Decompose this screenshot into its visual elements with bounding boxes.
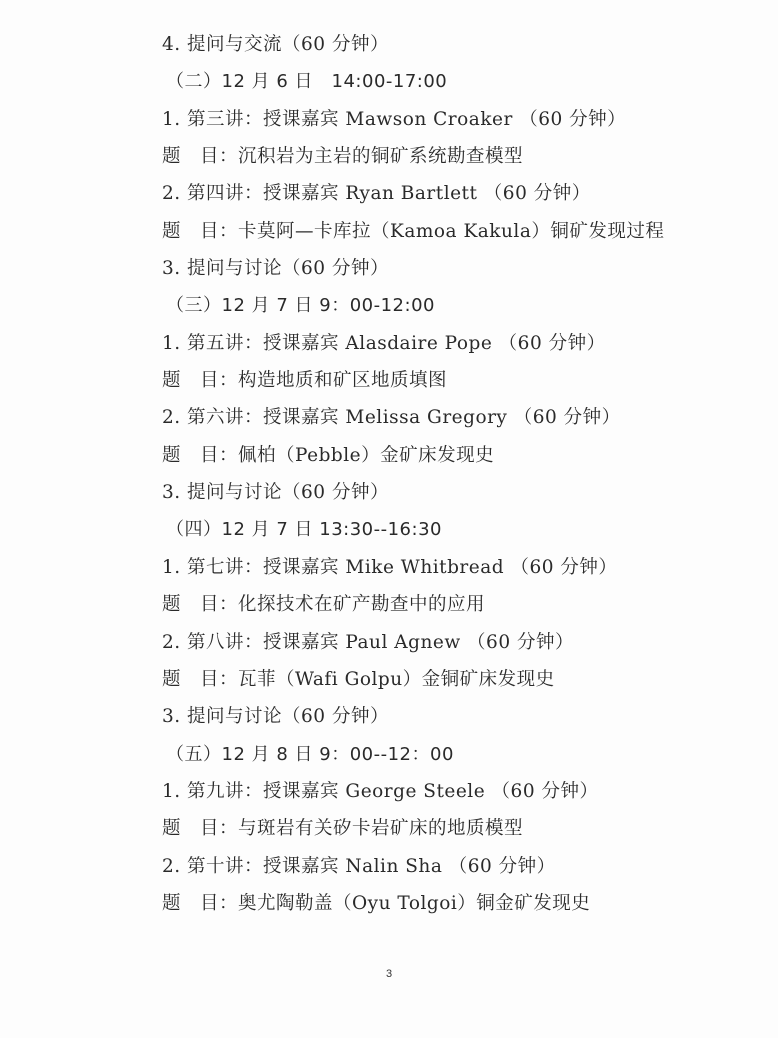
session-header: （二）12 月 6 日 14:00-17:00 bbox=[162, 63, 664, 100]
schedule-item-line: 4. 提问与交流（60 分钟） bbox=[162, 26, 664, 63]
lecture-topic: 题 目：卡莫阿—卡库拉（Kamoa Kakula）铜矿发现过程 bbox=[162, 213, 664, 250]
lecture-line: 1. 第五讲：授课嘉宾 Alasdaire Pope （60 分钟） bbox=[162, 325, 664, 362]
lecture-topic: 题 目：化探技术在矿产勘查中的应用 bbox=[162, 586, 664, 623]
lecture-line: 2. 第十讲：授课嘉宾 Nalin Sha （60 分钟） bbox=[162, 848, 664, 885]
lecture-topic: 题 目：瓦菲（Wafi Golpu）金铜矿床发现史 bbox=[162, 661, 664, 698]
lecture-topic: 题 目：奥尤陶勒盖（Oyu Tolgoi）铜金矿发现史 bbox=[162, 885, 664, 922]
discussion-line: 3. 提问与讨论（60 分钟） bbox=[162, 250, 664, 287]
session-header: （四）12 月 7 日 13:30--16:30 bbox=[162, 511, 664, 548]
discussion-line: 3. 提问与讨论（60 分钟） bbox=[162, 474, 664, 511]
discussion-line: 3. 提问与讨论（60 分钟） bbox=[162, 698, 664, 735]
lecture-line: 1. 第七讲：授课嘉宾 Mike Whitbread （60 分钟） bbox=[162, 549, 664, 586]
lecture-topic: 题 目：构造地质和矿区地质填图 bbox=[162, 362, 664, 399]
lecture-topic: 题 目：佩柏（Pebble）金矿床发现史 bbox=[162, 437, 664, 474]
page-number: 3 bbox=[0, 968, 778, 980]
session-header: （三）12 月 7 日 9：00-12:00 bbox=[162, 287, 664, 324]
schedule-lines: 4. 提问与交流（60 分钟） （二）12 月 6 日 14:00-17:00 … bbox=[162, 26, 664, 922]
lecture-topic: 题 目：沉积岩为主岩的铜矿系统勘查模型 bbox=[162, 138, 664, 175]
lecture-topic: 题 目：与斑岩有关矽卡岩矿床的地质模型 bbox=[162, 810, 664, 847]
lecture-line: 2. 第四讲：授课嘉宾 Ryan Bartlett （60 分钟） bbox=[162, 175, 664, 212]
lecture-line: 2. 第六讲：授课嘉宾 Melissa Gregory （60 分钟） bbox=[162, 399, 664, 436]
lecture-line: 1. 第三讲：授课嘉宾 Mawson Croaker （60 分钟） bbox=[162, 101, 664, 138]
lecture-line: 1. 第九讲：授课嘉宾 George Steele （60 分钟） bbox=[162, 773, 664, 810]
lecture-line: 2. 第八讲：授课嘉宾 Paul Agnew （60 分钟） bbox=[162, 624, 664, 661]
document-page: 4. 提问与交流（60 分钟） （二）12 月 6 日 14:00-17:00 … bbox=[0, 0, 778, 1038]
session-header: （五）12 月 8 日 9：00--12：00 bbox=[162, 736, 664, 773]
